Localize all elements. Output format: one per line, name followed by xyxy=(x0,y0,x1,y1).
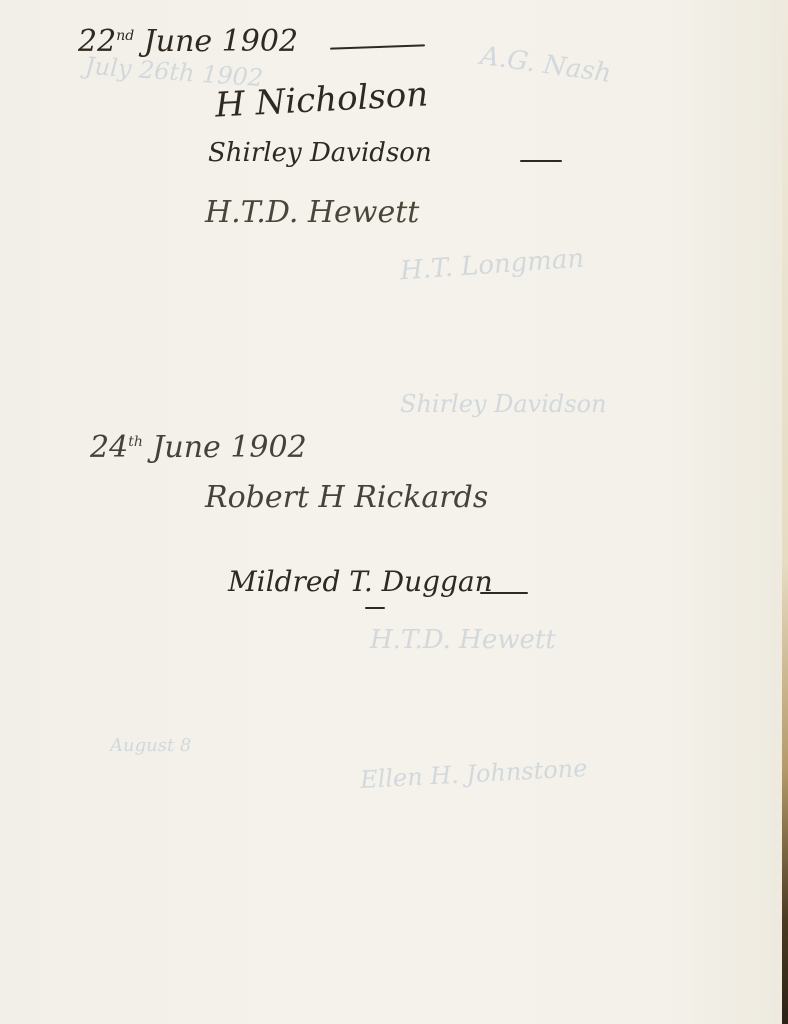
entry-date: 22nd June 1902 xyxy=(78,24,298,59)
bleed-through-text: H.T. Longman xyxy=(399,244,585,287)
signature: H.T.D. Hewett xyxy=(205,195,419,230)
bleed-through-text: A.G. Nash xyxy=(479,41,614,89)
signature: Mildred T. Duggan xyxy=(228,565,493,598)
date-suffix: th xyxy=(128,434,143,450)
signature-page: July 26th 1902 A.G. Nash H.T. Longman Sh… xyxy=(0,0,782,1024)
entry-date: 24th June 1902 xyxy=(90,430,307,465)
bleed-through-text: Ellen H. Johnstone xyxy=(359,754,588,794)
date-month-year: June 1902 xyxy=(152,430,306,465)
date-day: 22 xyxy=(78,24,116,59)
underline-stroke xyxy=(365,607,385,609)
underline-stroke xyxy=(330,44,425,49)
page-edge xyxy=(782,0,788,1024)
bleed-through-text: H.T.D. Hewett xyxy=(370,625,556,655)
signature: Shirley Davidson xyxy=(208,138,432,168)
date-day: 24 xyxy=(90,430,128,465)
signature: Robert H Rickards xyxy=(205,480,488,515)
date-month-year: June 1902 xyxy=(144,24,298,59)
date-suffix: nd xyxy=(116,28,134,44)
underline-stroke xyxy=(480,592,528,594)
underline-stroke xyxy=(520,160,562,162)
bleed-through-text: August 8 xyxy=(110,735,191,756)
bleed-through-text: Shirley Davidson xyxy=(400,390,606,418)
